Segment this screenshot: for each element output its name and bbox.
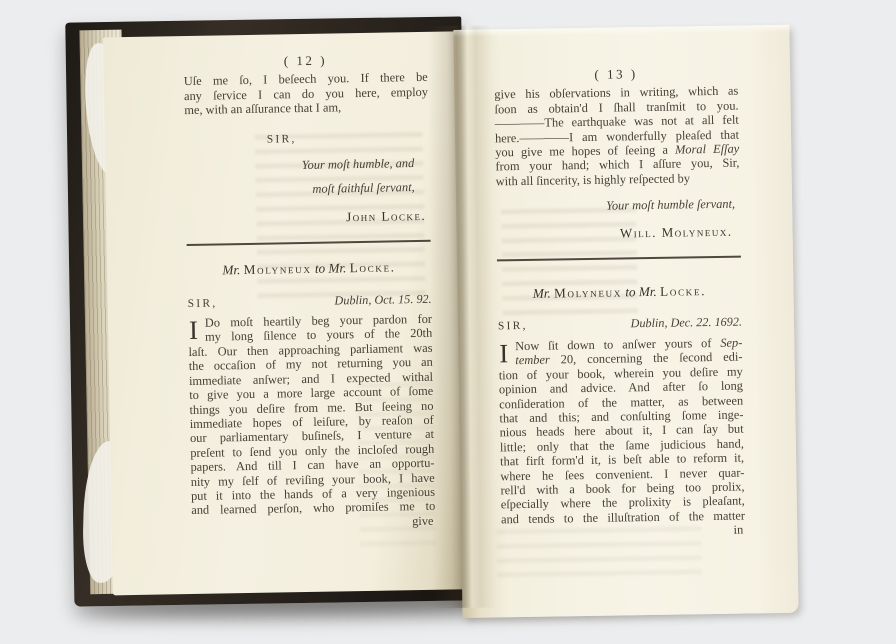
letter-body: I Now ſit down to anſwer yours of Sep-te… [498,335,745,526]
letter-closing-paragraph: Uſe me ſo, I beſeech you. If there beany… [184,70,429,117]
page-number: ( 12 ) [183,52,427,71]
heading-name: Locke. [660,283,706,299]
signature: Will. Molyneux. [496,224,732,242]
heading-mr: Mr. [328,261,346,276]
salutation: SIR, [498,319,528,334]
heading-mr: Mr. [533,286,551,301]
salutation-dateline-row: SIR, Dublin, Dec. 22. 1692. [498,315,742,334]
text-line: with all ſincerity, is highly reſpected … [496,170,740,188]
valediction-line: Your moſt humble, and [185,156,414,174]
salutation: SIR, [188,296,218,311]
letter-closing-paragraph: give his obſervations in writing, which … [494,84,740,189]
valediction-line: moſt faithful ſervant, [186,180,415,198]
heading-mr: Mr. [639,284,657,299]
drop-cap: I [499,340,508,367]
italic-text: tember [515,353,550,368]
text-segment: me, with an aſſurance that I am, [184,101,341,118]
signature: John Locke. [186,209,426,228]
text-segment: with all ſincerity, is highly reſpected … [496,171,691,188]
heading-to: to [625,284,635,299]
letter-heading: Mr. Molyneux to Mr. Locke. [497,284,741,302]
dateline: Dublin, Dec. 22. 1692. [630,315,742,331]
left-page-text: ( 12 ) Uſe me ſo, I beſeech you. If ther… [183,52,435,532]
letter-body: I Do moſt heartily beg your pardon formy… [188,312,435,518]
right-page-text: ( 13 ) give his obſervations in writing,… [494,66,745,541]
dateline: Dublin, Oct. 15. 92. [334,291,431,307]
salutation: SIR, [267,129,429,146]
heading-mr: Mr. [222,262,240,277]
italic-text: Sep- [720,335,742,349]
heading-name: Molyneux [554,284,622,300]
open-book: ( 12 ) Uſe me ſo, I beſeech you. If ther… [0,0,896,644]
book-photograph: ( 12 ) Uſe me ſo, I beſeech you. If ther… [0,0,896,644]
heading-to: to [315,261,326,276]
valediction-line: Your moſt humble ſervant, [496,197,735,215]
right-page: ( 13 ) give his obſervations in writing,… [453,25,798,618]
italic-text: Moral Eſſay [675,142,739,157]
separator-rule [497,256,741,262]
heading-name: Locke. [350,260,396,276]
letter-body-lines: Do moſt heartily beg your pardon formy l… [188,312,435,518]
text-line: me, with an aſſurance that I am, [184,99,428,118]
left-page: ( 12 ) Uſe me ſo, I beſeech you. If ther… [103,31,465,595]
letter-heading: Mr. Molyneux to Mr. Locke. [187,260,431,279]
separator-rule [187,240,431,246]
drop-cap: I [189,317,198,344]
letter-body-lines: Now ſit down to anſwer yours of Sep-temb… [498,335,745,526]
salutation-dateline-row: SIR, Dublin, Oct. 15. 92. [188,291,432,311]
heading-name: Molyneux [244,261,312,277]
page-number: ( 13 ) [494,66,738,84]
